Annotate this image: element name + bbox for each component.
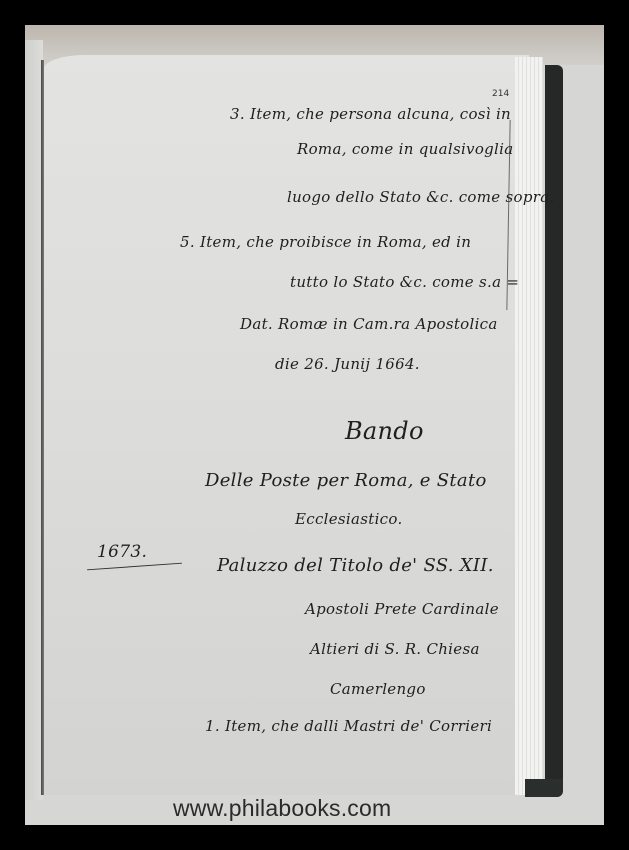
manuscript-line: 5. Item, che proibisce in Roma, ed in (180, 233, 471, 251)
bando-subtitle: Delle Poste per Roma, e Stato (205, 470, 487, 491)
manuscript-line: Altieri di S. R. Chiesa (310, 640, 480, 658)
watermark-url: www.philabooks.com (173, 795, 391, 822)
manuscript-line: Camerlengo (330, 680, 426, 698)
manuscript-line: Paluzzo del Titolo de' SS. XII. (217, 555, 494, 576)
margin-year: 1673. (97, 542, 147, 562)
manuscript-line: luogo dello Stato &c. come sopra. (287, 188, 555, 206)
manuscript-page (44, 55, 529, 795)
bando-subtitle: Ecclesiastico. (295, 510, 403, 528)
manuscript-line: tutto lo Stato &c. come s.a = (290, 273, 519, 291)
manuscript-line: Roma, come in qualsivoglia (297, 140, 514, 158)
manuscript-line: die 26. Junij 1664. (275, 355, 420, 373)
book-gutter (41, 60, 44, 795)
folio-number: 214 (492, 89, 509, 99)
manuscript-line: Apostoli Prete Cardinale (305, 600, 499, 618)
book-cover-corner (525, 779, 563, 797)
manuscript-line: 3. Item, che persona alcuna, così in (230, 105, 511, 123)
book-cover-edge (545, 65, 563, 797)
bando-title: Bando (345, 417, 424, 445)
manuscript-line: Dat. Romæ in Cam.ra Apostolica (240, 315, 498, 333)
manuscript-line: 1. Item, che dalli Mastri de' Corrieri (205, 717, 492, 735)
book-photo: 214 3. Item, che persona alcuna, così in… (25, 25, 604, 825)
page-stack-edge (515, 57, 543, 795)
